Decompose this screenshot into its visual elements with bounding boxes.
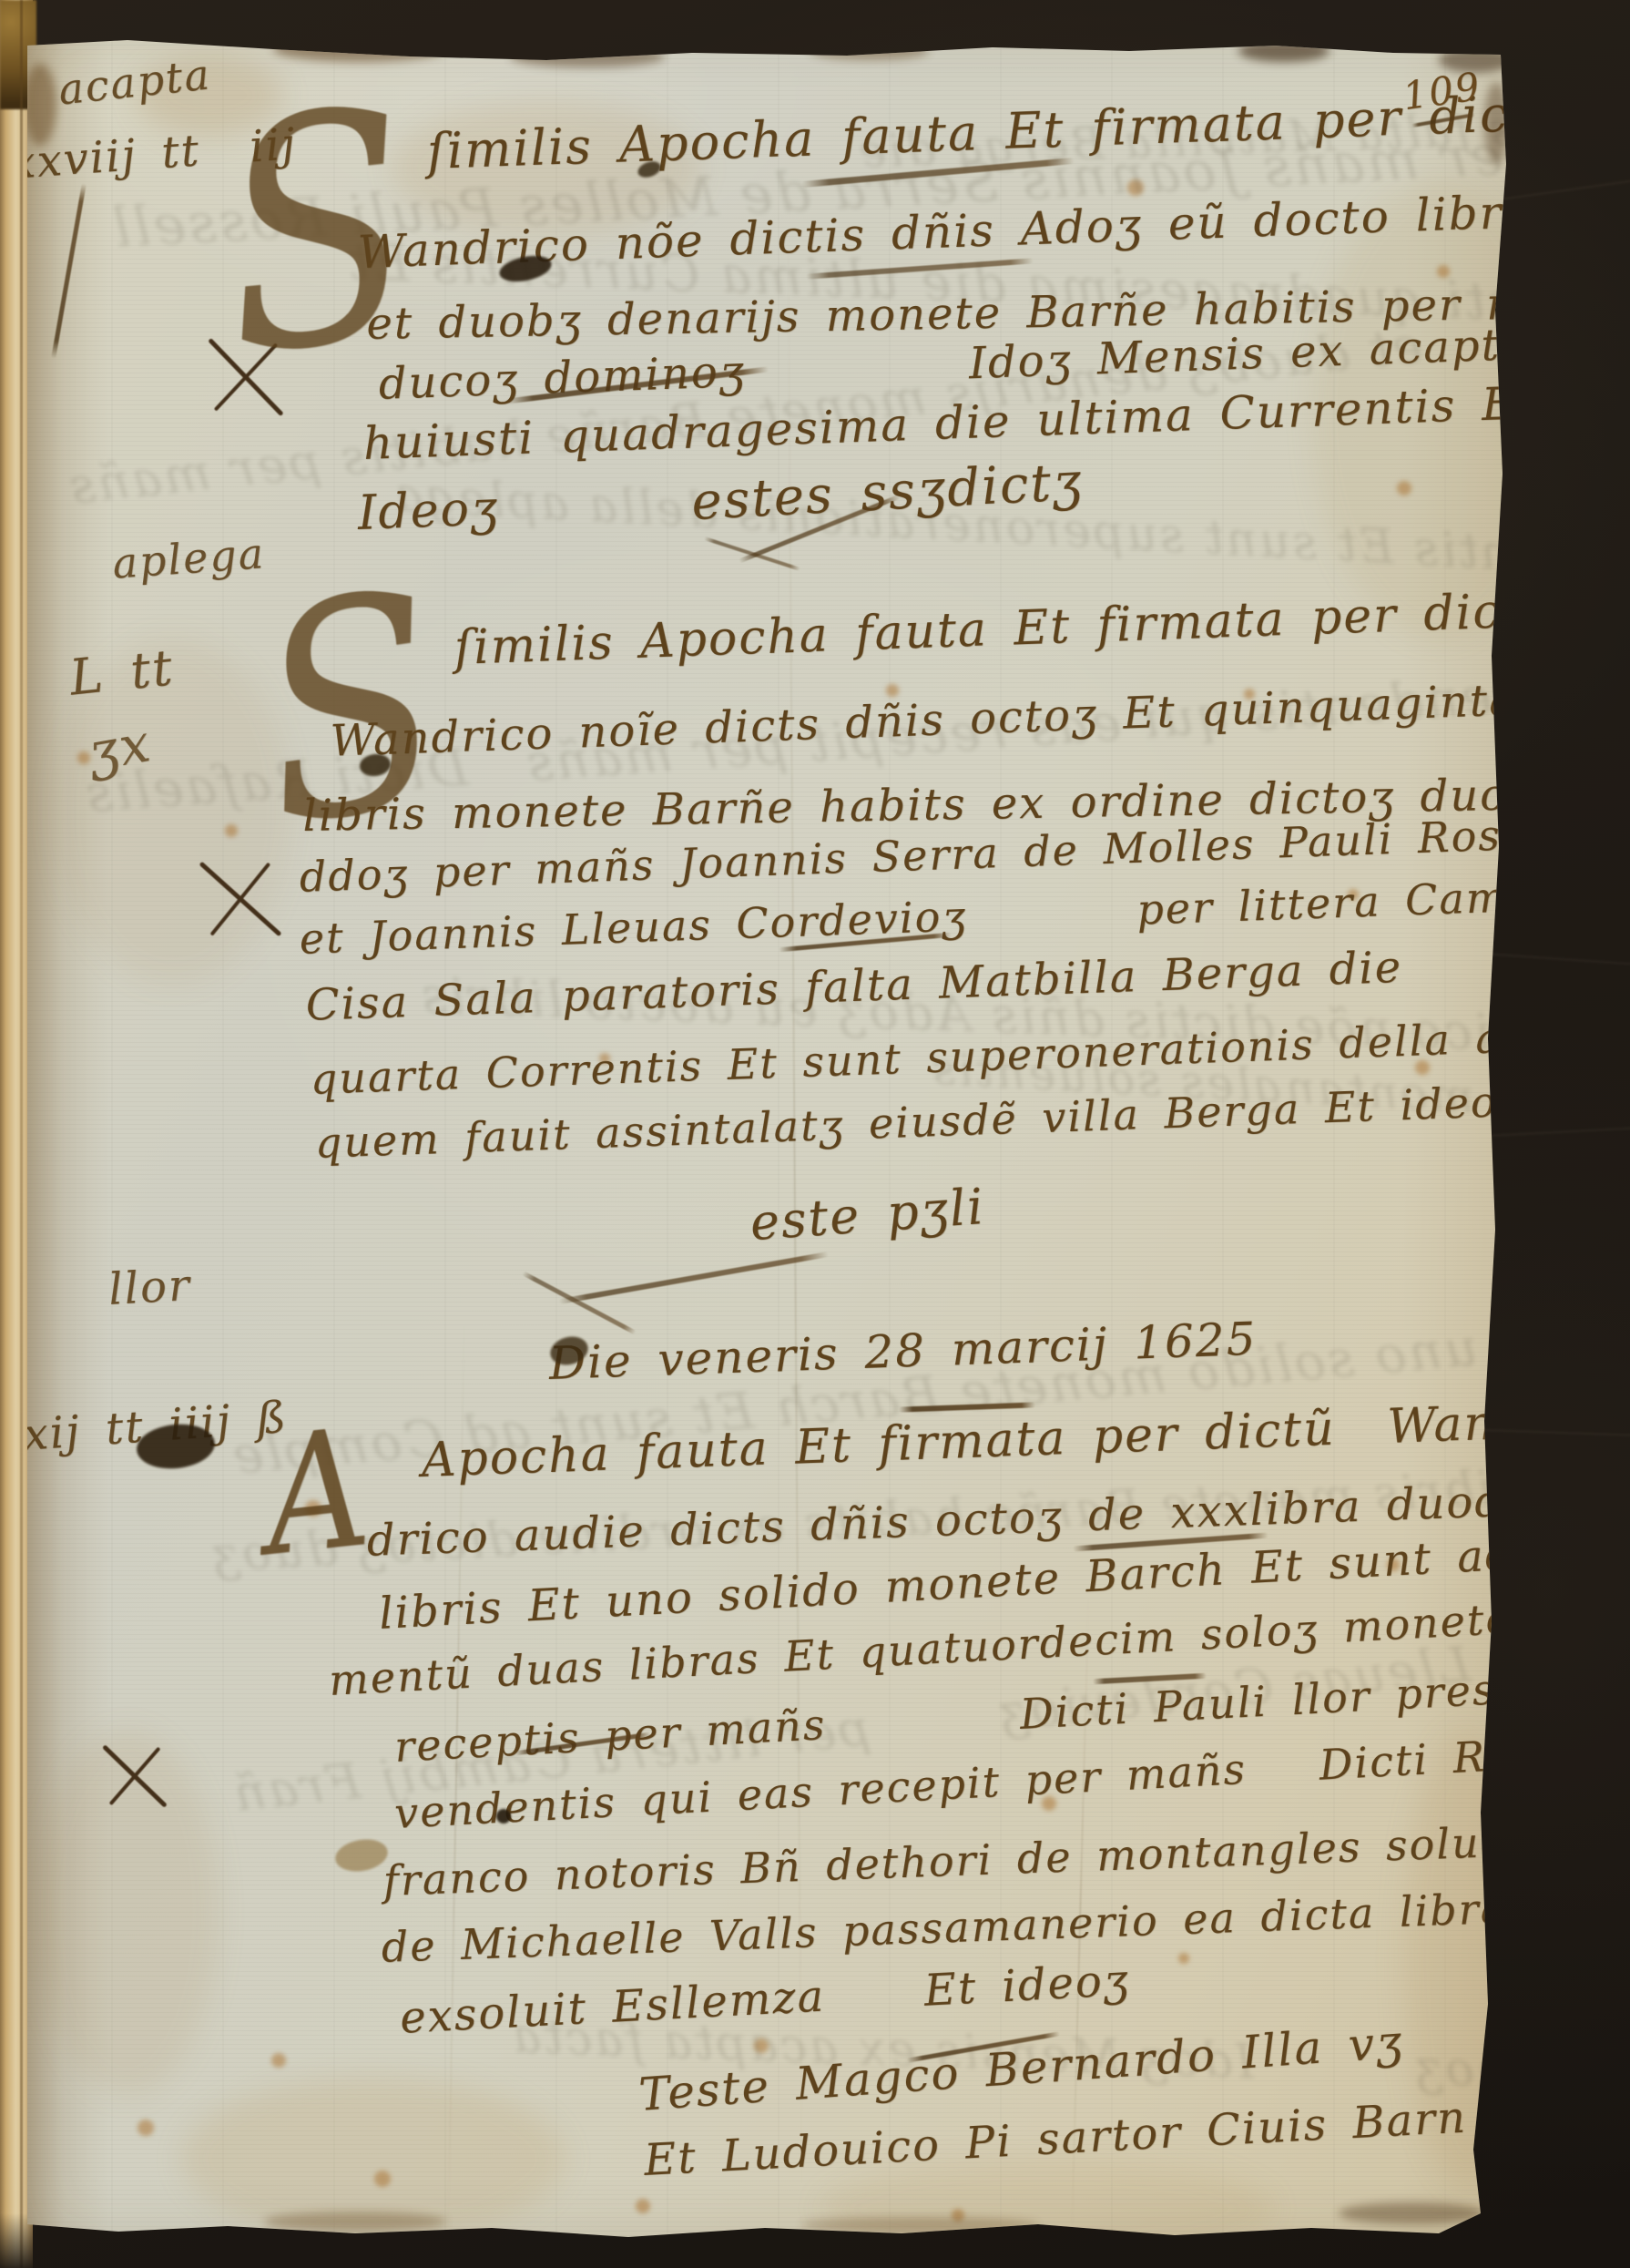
singe-mark bbox=[1238, 40, 1329, 62]
singe-mark bbox=[24, 64, 56, 146]
background-crease bbox=[1475, 952, 1630, 965]
singe-mark bbox=[1339, 2202, 1484, 2224]
foxing-spot bbox=[1397, 481, 1411, 495]
margin-note-sum-2: L tt bbox=[67, 643, 176, 703]
foxing-spot bbox=[225, 824, 238, 837]
foxing-spot bbox=[886, 684, 899, 697]
singe-mark bbox=[510, 46, 665, 67]
folio-number: 109 bbox=[1401, 67, 1483, 117]
singe-mark bbox=[1484, 82, 1508, 164]
singe-mark bbox=[264, 2212, 446, 2232]
margin-cross-2 bbox=[183, 842, 298, 956]
foxing-spot bbox=[374, 2171, 391, 2187]
foxing-spot bbox=[271, 2053, 286, 2068]
entry-3-initial: A bbox=[257, 1406, 375, 1578]
singe-mark bbox=[801, 2217, 1038, 2233]
photo-background: ddoʒ per mañs Joannis Serra de Molles Pa… bbox=[0, 0, 1630, 2268]
ink-blot bbox=[496, 1809, 511, 1824]
margin-cross-3 bbox=[87, 1728, 181, 1823]
foxing-spot bbox=[138, 2120, 154, 2136]
foxing-spot bbox=[1178, 1953, 1189, 1964]
margin-note-llor: llor bbox=[107, 1263, 192, 1312]
entry-1-line: Ideoʒ bbox=[357, 485, 500, 537]
background-crease bbox=[1484, 1429, 1630, 1436]
singe-mark bbox=[273, 36, 446, 62]
foxing-spot bbox=[636, 2199, 650, 2213]
margin-note-sum-2b: ʒx bbox=[84, 716, 155, 779]
binding-crease-line bbox=[20, 0, 23, 2268]
singe-mark bbox=[810, 42, 929, 60]
paper-stain bbox=[820, 2159, 1275, 2259]
singe-mark bbox=[1439, 47, 1512, 73]
manuscript-page: ddoʒ per mañs Joannis Serra de Molles Pa… bbox=[0, 0, 1630, 2268]
